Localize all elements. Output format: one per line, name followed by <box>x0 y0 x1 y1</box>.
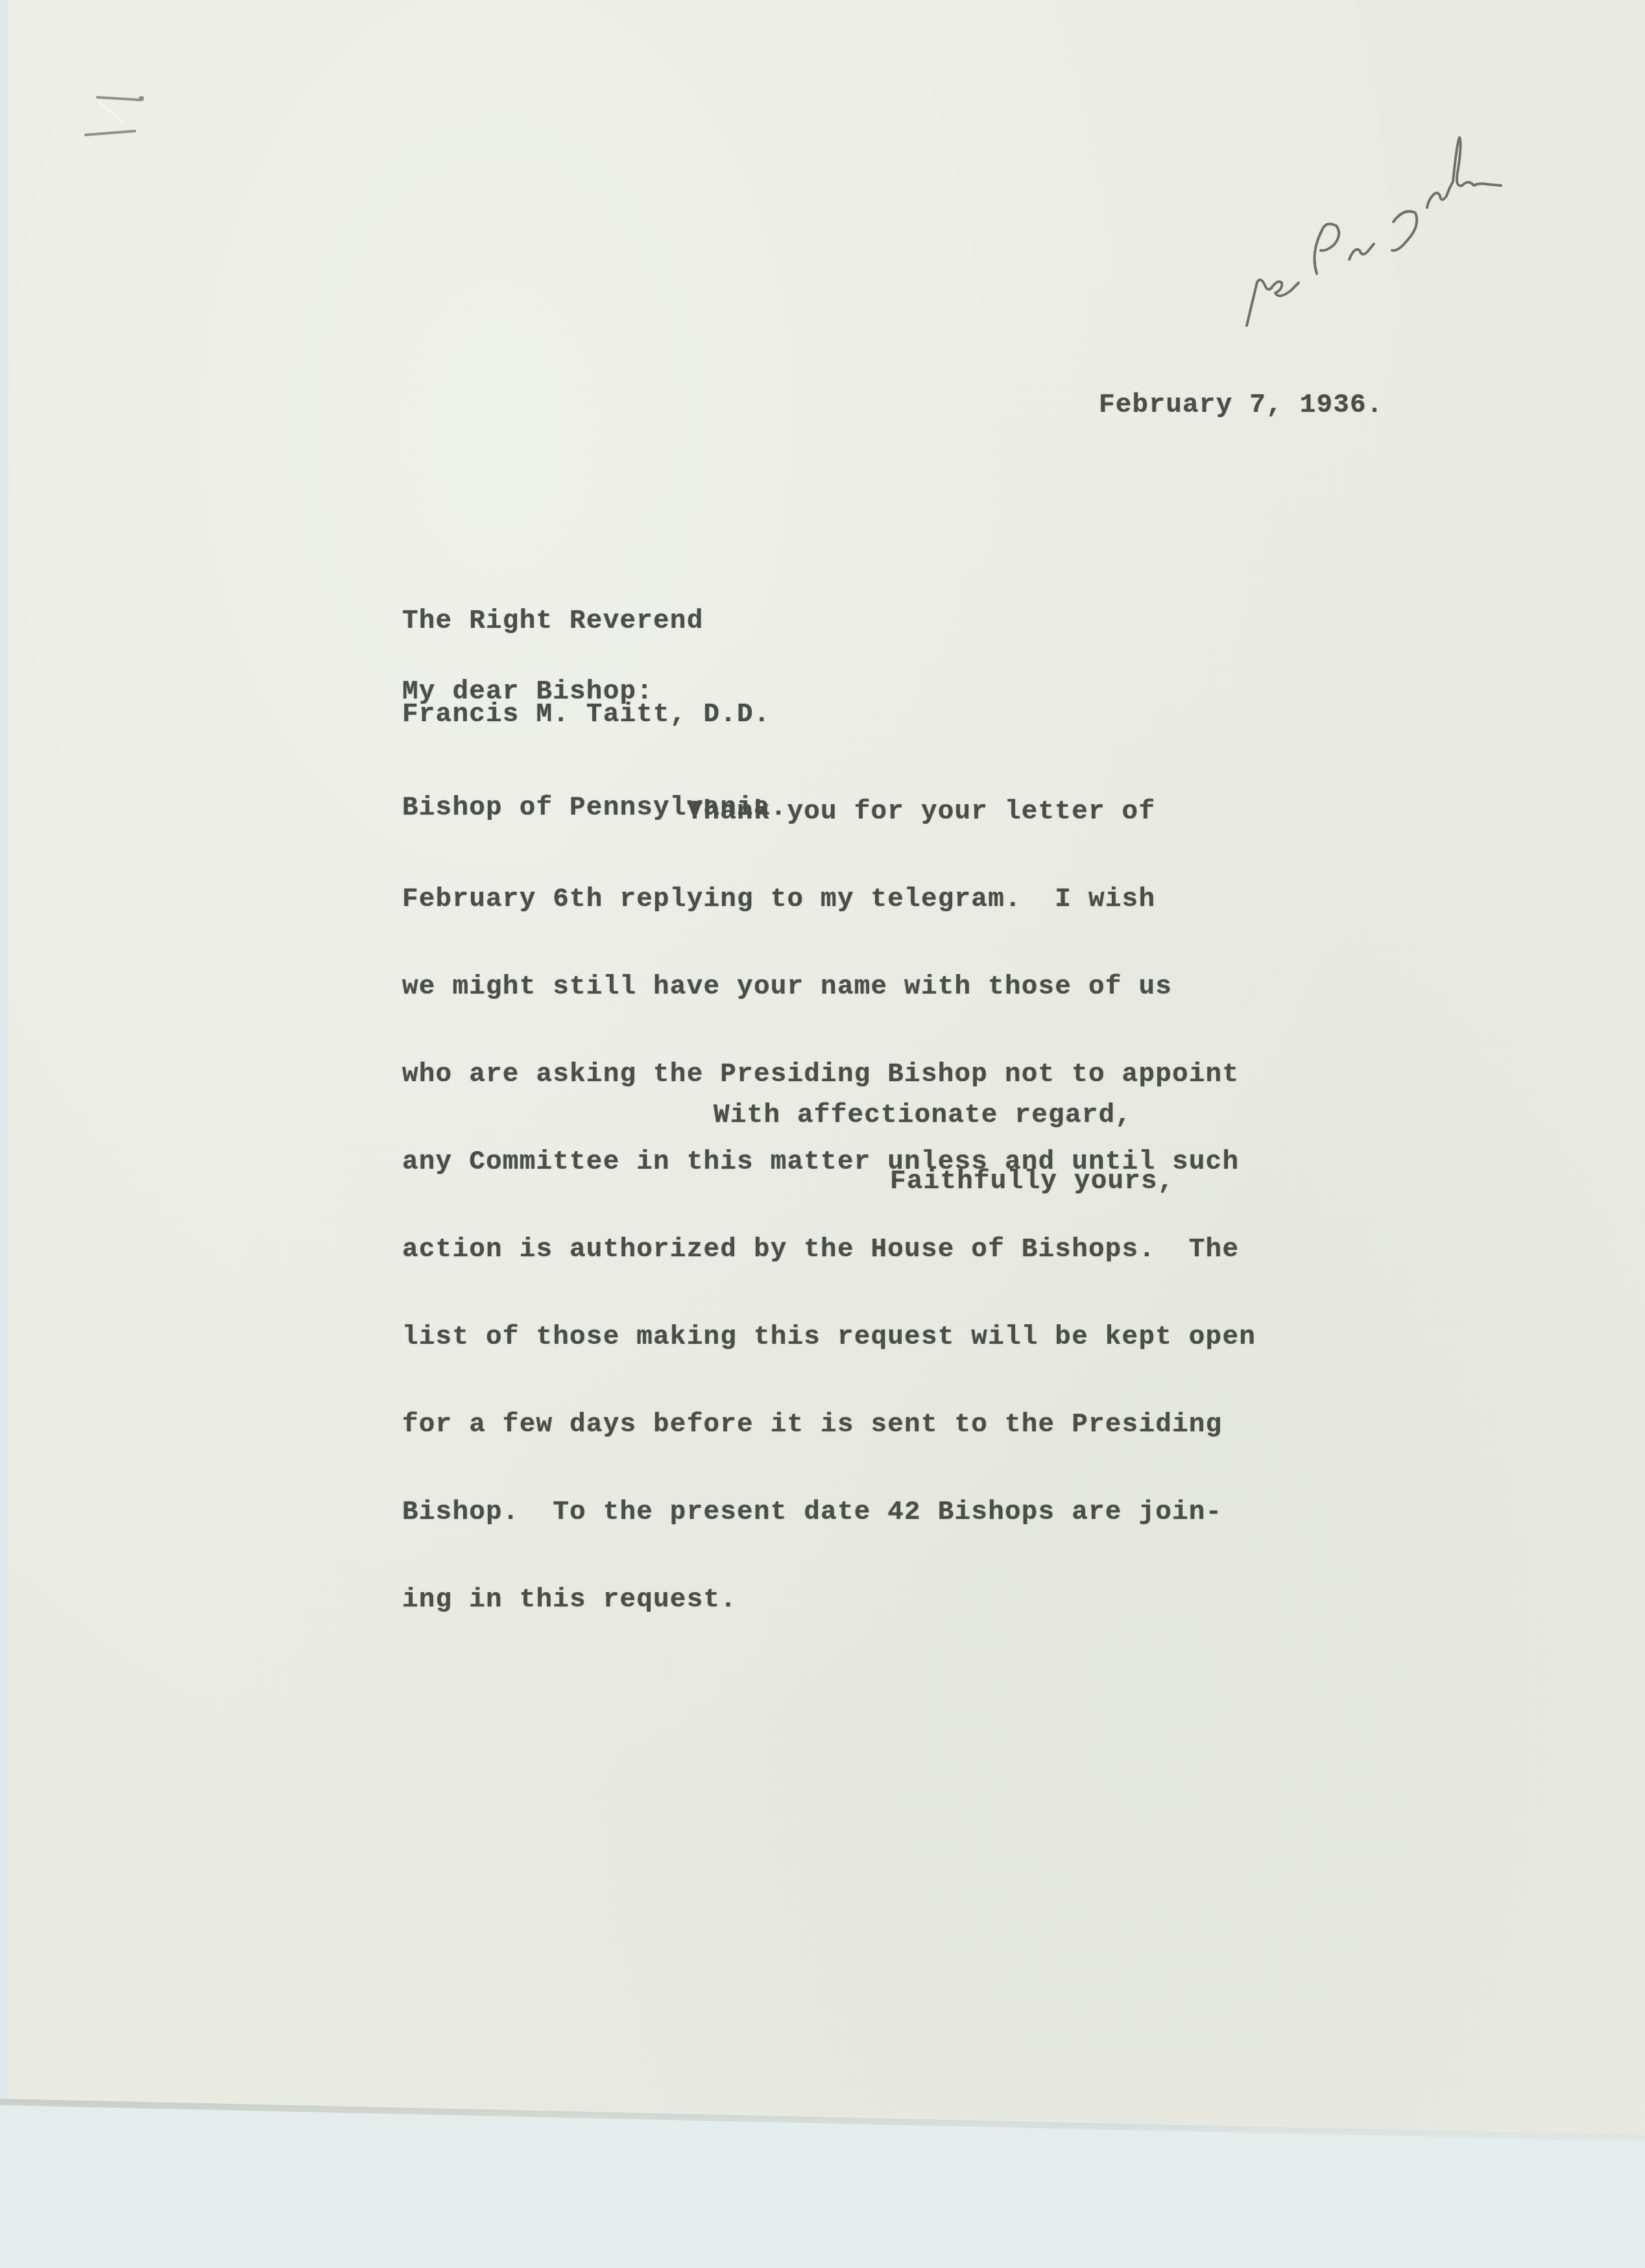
closing-signoff: Faithfully yours, <box>890 1167 1175 1197</box>
body-line: Thank you for your letter of <box>402 798 1256 827</box>
staple-mark-icon <box>78 78 169 136</box>
body-line: February 6th replying to my telegram. I … <box>402 885 1256 914</box>
scanner-edge <box>0 0 8 2101</box>
body-line: action is authorized by the House of Bis… <box>402 1235 1256 1265</box>
letter-date: February 7, 1936. <box>1099 391 1384 420</box>
body-line: ing in this request. <box>402 1586 1256 1615</box>
salutation: My dear Bishop: <box>402 678 653 707</box>
closing-regard: With affectionate regard, <box>714 1101 1132 1130</box>
recipient-title: The Right Reverend <box>402 606 787 637</box>
body-line: who are asking the Presiding Bishop not … <box>402 1060 1256 1090</box>
body-line: for a few days before it is sent to the … <box>402 1411 1256 1440</box>
body-line: Bishop. To the present date 42 Bishops a… <box>402 1498 1256 1527</box>
body-line: list of those making this request will b… <box>402 1323 1256 1352</box>
body-line: we might still have your name with those… <box>402 973 1256 1002</box>
handwritten-annotation-icon <box>1245 123 1583 331</box>
